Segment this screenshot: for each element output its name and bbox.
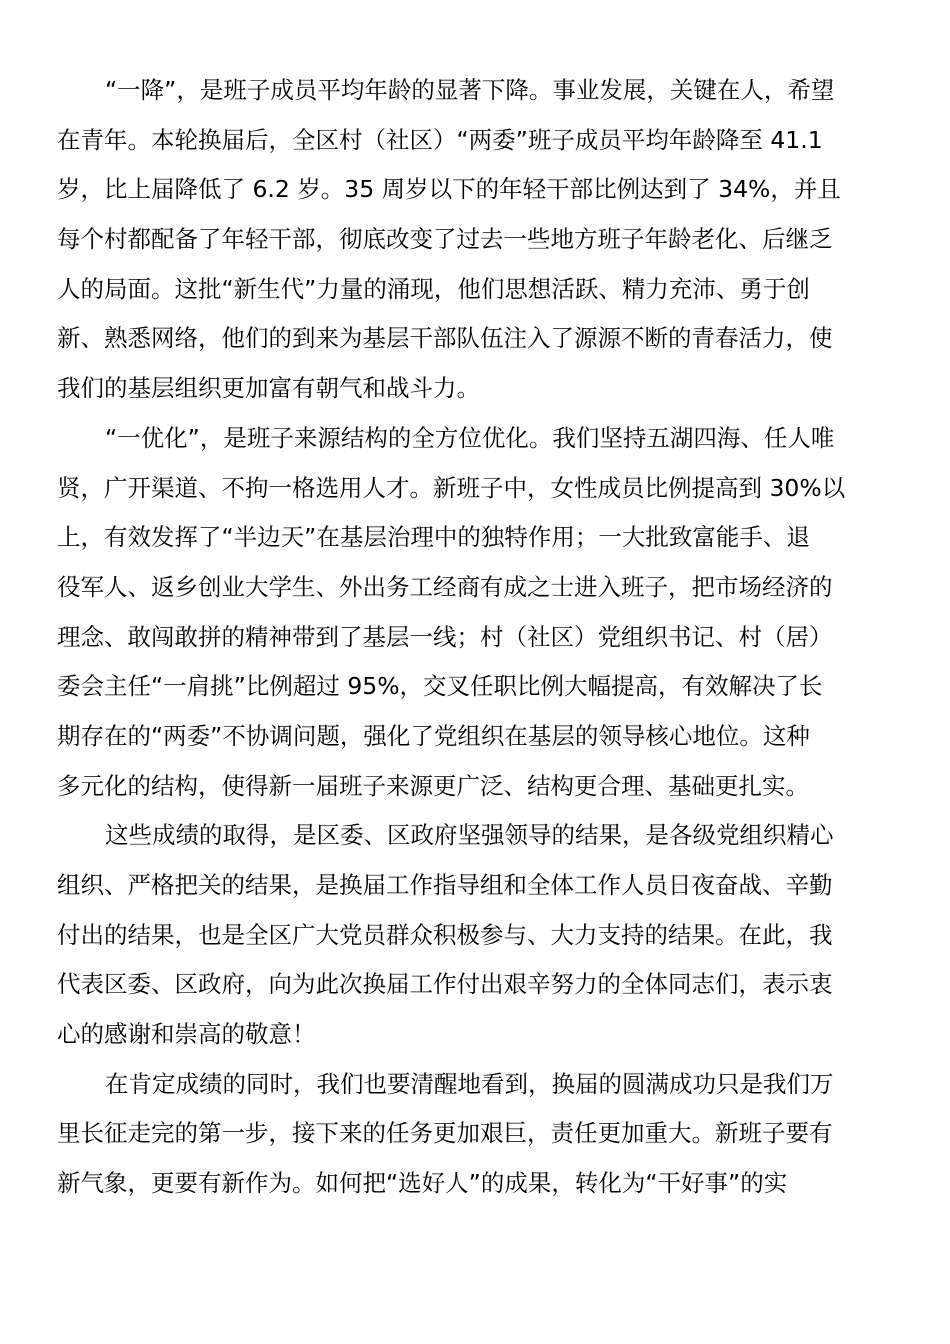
text-line: 上，有效发挥了“半边天”在基层治理中的独特作用；一大批致富能手、退	[57, 513, 897, 563]
text-line: 我们的基层组织更加富有朝气和战斗力。	[57, 364, 897, 414]
text-line: 人的局面。这批“新生代”力量的涌现，他们思想活跃、精力充沛、勇于创	[57, 265, 897, 315]
text-line: 组织、严格把关的结果，是换届工作指导组和全体工作人员日夜奋战、辛勤	[57, 861, 897, 911]
text-line: 心的感谢和崇高的敬意！	[57, 1010, 897, 1060]
text-line: 在青年。本轮换届后，全区村（社区）“两委”班子成员平均年龄降至 41.1	[57, 116, 897, 166]
text-line: “一优化”，是班子来源结构的全方位优化。我们坚持五湖四海、任人唯	[57, 414, 897, 464]
text-line: 役军人、返乡创业大学生、外出务工经商有成之士进入班子，把市场经济的	[57, 563, 897, 613]
text-line: 新气象，更要有新作为。如何把“选好人”的成果，转化为“干好事”的实	[57, 1159, 897, 1209]
text-line: 这些成绩的取得，是区委、区政府坚强领导的结果，是各级党组织精心	[57, 811, 897, 861]
paragraph-structure-optimization: “一优化”，是班子来源结构的全方位优化。我们坚持五湖四海、任人唯 贤，广开渠道、…	[57, 414, 897, 812]
text-line: 付出的结果，也是全区广大党员群众积极参与、大力支持的结果。在此，我	[57, 911, 897, 961]
text-line: 里长征走完的第一步，接下来的任务更加艰巨，责任更加重大。新班子要有	[57, 1109, 897, 1159]
text-line: 代表区委、区政府，向为此次换届工作付出艰辛努力的全体同志们，表示衷	[57, 960, 897, 1010]
text-line: 委会主任“一肩挑”比例超过 95%，交叉任职比例大幅提高，有效解决了长	[57, 662, 897, 712]
text-line: 多元化的结构，使得新一届班子来源更广泛、结构更合理、基础更扎实。	[57, 762, 897, 812]
text-line: 贤，广开渠道、不拘一格选用人才。新班子中，女性成员比例提高到 30%以	[57, 464, 897, 514]
paragraph-acknowledgement: 这些成绩的取得，是区委、区政府坚强领导的结果，是各级党组织精心 组织、严格把关的…	[57, 811, 897, 1059]
document-page: “一降”，是班子成员平均年龄的显著下降。事业发展，关键在人，希望 在青年。本轮换…	[57, 66, 897, 1209]
text-line: “一降”，是班子成员平均年龄的显著下降。事业发展，关键在人，希望	[57, 66, 897, 116]
text-line: 岁，比上届降低了 6.2 岁。35 周岁以下的年轻干部比例达到了 34%，并且	[57, 165, 897, 215]
paragraph-age-decline: “一降”，是班子成员平均年龄的显著下降。事业发展，关键在人，希望 在青年。本轮换…	[57, 66, 897, 414]
text-line: 期存在的“两委”不协调问题，强化了党组织在基层的领导核心地位。这种	[57, 712, 897, 762]
text-line: 每个村都配备了年轻干部，彻底改变了过去一些地方班子年龄老化、后继乏	[57, 215, 897, 265]
text-line: 在肯定成绩的同时，我们也要清醒地看到，换届的圆满成功只是我们万	[57, 1060, 897, 1110]
paragraph-next-steps: 在肯定成绩的同时，我们也要清醒地看到，换届的圆满成功只是我们万 里长征走完的第一…	[57, 1060, 897, 1209]
text-line: 新、熟悉网络，他们的到来为基层干部队伍注入了源源不断的青春活力，使	[57, 314, 897, 364]
text-line: 理念、敢闯敢拼的精神带到了基层一线；村（社区）党组织书记、村（居）	[57, 613, 897, 663]
